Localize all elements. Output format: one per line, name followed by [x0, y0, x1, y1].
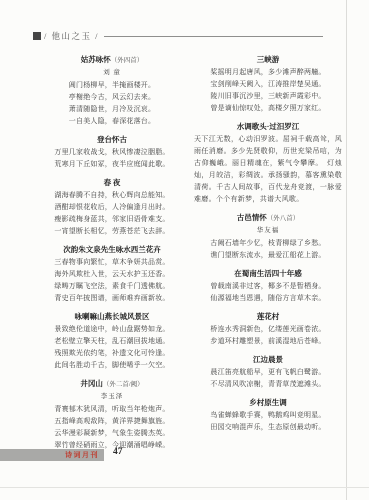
poem-title: 井冈山（外二首/阙） [36, 378, 188, 391]
poem-title: 次韵朱文泉先生咏水西兰花卉 [36, 244, 188, 256]
poem-line: 瘦影疏梅身蓝共，邻家旧语骨难支。 [36, 213, 188, 225]
poem-line: 青史百年披图谱，画师难弃画新妆。 [36, 292, 188, 304]
poem-line: 荒寒月下丘如冢，夜半应庭闻此歌。 [36, 158, 188, 170]
poem-title: 在蜀南生活四十年感 [194, 268, 342, 280]
poem-block: 江边晨景晨江笛亮航船早，更有飞帆白鹭游。不尽清风吹凉榭，青青草茂遮滩头。 [194, 354, 342, 390]
poem-title-note: （外四首） [111, 57, 144, 64]
poem-line: 云华漫彩凝新梦，气象生姿腾杰英。 [36, 427, 188, 439]
journal-name: 诗词月刊 [65, 450, 99, 460]
page-header: / 他山之玉 / [33, 30, 323, 42]
poem-block: 水调歌头·过汨罗江天下江无数，心动汨罗波。屈祠千载高耸，风雨任消磨。多少先贤敬仰… [194, 121, 342, 205]
poem-author: 李玉泽 [36, 391, 188, 403]
poem-title: 江边晨景 [194, 354, 342, 366]
poem-title: 咏喇嘛山燕长城风景区 [36, 311, 188, 323]
poem-line: 鸟雀蝉蜂歌手赛，鸭鹅鸡叫竞明星。 [194, 409, 342, 421]
scanned-poetry-page: / 他山之玉 / 姑苏咏怀（外四首）刘 童阊门杨柳早，半掩画楼开。亭榭绝今古，风… [0, 0, 369, 500]
poem-line: 海外风欺杜入世，云天水护玉还香。 [36, 268, 188, 280]
poem-title: 水调歌头·过汨罗江 [194, 121, 342, 133]
poem-line: 一自美人隐，春深花落台。 [36, 115, 188, 127]
poem-block: 次韵朱文泉先生咏水西兰花卉三春物事向繁忙，草木争妍共品赏。海外风欺杜入世，云天水… [36, 244, 188, 304]
poem-line: 晨江笛亮航船早，更有飞帆白鹭游。 [194, 366, 342, 378]
section-marker-icon [33, 32, 41, 40]
poem-line: 古阙石墙年少忆，枝青柳绿了乡愁。 [194, 237, 342, 249]
header-rule [104, 36, 323, 37]
poem-line: 五指峰高观敌阵，黄洋界捷舞旗旌。 [36, 415, 188, 427]
poem-block: 姑苏咏怀（外四首）刘 童阊门杨柳早，半掩画楼开。亭榭绝今古，风云幻去来。萧清随隐… [36, 54, 188, 127]
poem-line: 桥连水秀洞新色，亿缕莲光画卷浓。 [194, 323, 342, 335]
poem-line: 景致绝伦道途中，岭山盘踞势如龙。 [36, 323, 188, 335]
poem-author: 华友福 [194, 225, 342, 237]
poem-line: 绿畴万瞩飞空法，素食千门透佛航。 [36, 280, 188, 292]
poem-line: 三春物事向繁忙，草木争妍共品赏。 [36, 256, 188, 268]
poem-title-note: （外二首/阙） [103, 381, 144, 388]
poem-line: 谯门望断东流水，最爱江船花上游。 [194, 249, 342, 261]
poem-line: 老松壁立擎天柱，乱石潮回拔地通。 [36, 335, 188, 347]
scan-edge-vertical [346, 0, 347, 500]
poem-title: 乡村原生调 [194, 397, 342, 409]
poem-line: 步道环村雕塑景，前溪湿地后苍峰。 [194, 335, 342, 347]
poem-block: 古邑情怀（外八首）华友福古阙石墙年少忆，枝青柳绿了乡愁。谯门望断东流水，最爱江船… [194, 212, 342, 261]
left-column: 姑苏咏怀（外四首）刘 童阊门杨柳早，半掩画楼开。亭榭绝今古，风云幻去来。萧清随隐… [36, 54, 188, 458]
poem-line: 万里几家收战戈，秋风惨凄泣胭脂。 [36, 146, 188, 158]
poem-line: 宝剑削峰天阙入，江涛推岸楚吴通。 [194, 78, 342, 90]
poem-block: 乡村原生调鸟雀蝉蜂歌手赛，鸭鹅鸡叫竞明星。田园交响混声乐，生态原创最动听。 [194, 397, 342, 433]
poem-line: 曾载南溪非过客，椰多不是暂栖身。 [194, 280, 342, 292]
poem-title: 登台怀古 [36, 134, 188, 146]
poem-line: 不尽清风吹凉榭，青青草茂遮滩头。 [194, 378, 342, 390]
poem-title: 姑苏咏怀（外四首） [36, 54, 188, 67]
poem-title: 古邑情怀（外八首） [194, 212, 342, 225]
poem-block: 井冈山（外二首/阙）李玉泽青寰郁木犹风清，听取当年枪炮声。五指峰高观敌阵，黄洋界… [36, 378, 188, 451]
poem-line: 曾是谪仙惊叹处，高楼夕照万家红。 [194, 102, 342, 114]
poem-title: 春 夜 [36, 177, 188, 189]
poem-title: 莲花村 [194, 311, 342, 323]
poem-line: 田园交响混声乐，生态原创最动听。 [194, 421, 342, 433]
poem-line: 一宵望断长相忆，劳燕苍茫飞去辞。 [36, 225, 188, 237]
poem-block: 三峡游桨摇明月起唐风，多少滩声醉两艟。宝剑削峰天阙入，江涛推岸楚吴通。陵川旧事沉… [194, 54, 342, 114]
poem-title: 三峡游 [194, 54, 342, 66]
poem-line: 仙源福地当恩遇，随俗方言草木亲。 [194, 292, 342, 304]
poem-block: 登台怀古万里几家收战戈，秋风惨凄泣胭脂。荒寒月下丘如冢，夜半应庭闻此歌。 [36, 134, 188, 170]
poem-line: 萧清随隐世，月冷及沉哀。 [36, 103, 188, 115]
footer-journal-band: 诗词月刊 [0, 449, 104, 461]
section-title: / 他山之玉 / [44, 30, 99, 42]
poem-block: 咏喇嘛山燕长城风景区景致绝伦道途中，岭山盘踞势如龙。老松壁立擎天柱，乱石潮回拔地… [36, 311, 188, 371]
poem-line: 残照欺光依约笔，补遗文化可怜逢。 [36, 347, 188, 359]
poem-prose: 天下江无数，心动汨罗波。屈祠千载高耸，风雨任消磨。多少先贤敬仰，历世充梁吊唁，为… [194, 133, 342, 205]
poem-line: 此间名胜动千古，脚使唏乎一欠空。 [36, 359, 188, 371]
poem-line: 酒酣却恨花收后，人冷偏逢月出时。 [36, 201, 188, 213]
poem-line: 青寰郁木犹风清，听取当年枪炮声。 [36, 403, 188, 415]
poem-line: 湖海春腾不自持，秋心辉向总能知。 [36, 189, 188, 201]
poem-block: 莲花村桥连水秀洞新色，亿缕莲光画卷浓。步道环村雕塑景，前溪湿地后苍峰。 [194, 311, 342, 347]
poem-line: 阊门杨柳早，半掩画楼开。 [36, 79, 188, 91]
scan-edge-horizontal [0, 487, 369, 488]
poem-line: 亭榭绝今古，风云幻去来。 [36, 91, 188, 103]
right-column: 三峡游桨摇明月起唐风，多少滩声醉两艟。宝剑削峰天阙入，江涛推岸楚吴通。陵川旧事沉… [194, 54, 342, 440]
poem-line: 陵川旧事沉沙里，三峡新声霞彩中。 [194, 90, 342, 102]
poem-title-note: （外八首） [267, 215, 300, 222]
poem-author: 刘 童 [36, 67, 188, 79]
page-number: 47 [113, 447, 123, 457]
poem-line: 桨摇明月起唐风，多少滩声醉两艟。 [194, 66, 342, 78]
poem-block: 春 夜湖海春腾不自持，秋心辉向总能知。酒酣却恨花收后，人冷偏逢月出时。瘦影疏梅身… [36, 177, 188, 237]
poem-block: 在蜀南生活四十年感曾载南溪非过客，椰多不是暂栖身。仙源福地当恩遇，随俗方言草木亲… [194, 268, 342, 304]
